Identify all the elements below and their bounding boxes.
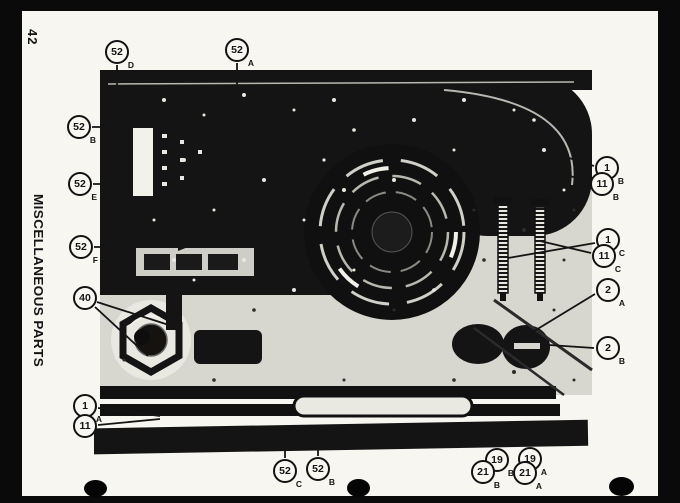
callout-2-b: 2B: [596, 336, 620, 360]
scan-border-bottom: [0, 496, 680, 503]
callout-number: 2: [605, 285, 611, 296]
terminal-block-cells: [144, 254, 238, 270]
binder-hole: [347, 479, 370, 497]
callout-number: 2: [605, 343, 611, 354]
callout-21-a: 21A: [513, 461, 537, 485]
parts-photograph: [94, 60, 594, 458]
callout-subscript: B: [508, 469, 514, 478]
scanned-page: 52D52A52B52E52F401A11A1B11B1C11C2A2B52C5…: [0, 0, 680, 503]
callout-52-a: 52A: [225, 38, 249, 62]
callout-number: 1: [604, 163, 610, 174]
callout-1-c: 1C: [596, 228, 620, 252]
callout-subscript: C: [296, 480, 302, 489]
callout-21-b: 21B: [471, 460, 495, 484]
section-title: MISCELLANEOUS PARTS: [31, 194, 45, 367]
callout-number: 11: [598, 251, 609, 262]
callout-subscript: B: [618, 177, 624, 186]
callout-subscript: B: [494, 481, 500, 490]
callout-subscript: C: [619, 249, 625, 258]
rod-parts: [94, 386, 588, 454]
callout-subscript: A: [619, 299, 625, 308]
callout-number: 21: [477, 467, 489, 478]
scan-border-right: [658, 0, 680, 503]
scan-border-top: [0, 0, 680, 11]
callout-52-f: 52F: [69, 235, 93, 259]
scan-border-left: [0, 0, 22, 503]
callout-subscript: A: [536, 482, 542, 491]
callout-number: 52: [73, 122, 85, 133]
callout-number: 40: [79, 293, 91, 304]
callout-11-c: 11C: [592, 244, 616, 268]
callout-2-a: 2A: [596, 278, 620, 302]
binder-hole: [84, 480, 107, 497]
binder-hole: [609, 477, 634, 496]
callout-subscript: B: [329, 478, 335, 487]
coiled-tubing-part: [304, 144, 480, 320]
callout-number: 52: [279, 466, 291, 477]
callout-number: 52: [74, 179, 86, 190]
bracket-part: [194, 330, 262, 364]
callout-number: 52: [111, 47, 123, 58]
callout-52-b-bottom: 52B: [306, 457, 330, 481]
callout-subscript: B: [613, 193, 619, 202]
callout-number: 52: [312, 464, 324, 475]
callout-number: 11: [79, 421, 90, 432]
callout-subscript: B: [619, 357, 625, 366]
callout-number: 21: [519, 468, 531, 479]
callout-subscript: A: [541, 468, 547, 477]
terminal-strip-part: [133, 128, 153, 196]
callout-number: 52: [231, 45, 243, 56]
bolt-part: [166, 290, 182, 330]
callout-1-b: 1B: [595, 156, 619, 180]
callout-number: 11: [596, 179, 607, 190]
page-number: 42: [25, 29, 40, 45]
callout-52-c: 52C: [273, 459, 297, 483]
callout-number: 52: [75, 242, 87, 253]
callout-number: 1: [605, 235, 611, 246]
callout-number: 1: [82, 401, 88, 412]
callout-52-b-left: 52B: [67, 115, 91, 139]
callout-subscript: C: [615, 265, 621, 274]
callout-52-e: 52E: [68, 172, 92, 196]
